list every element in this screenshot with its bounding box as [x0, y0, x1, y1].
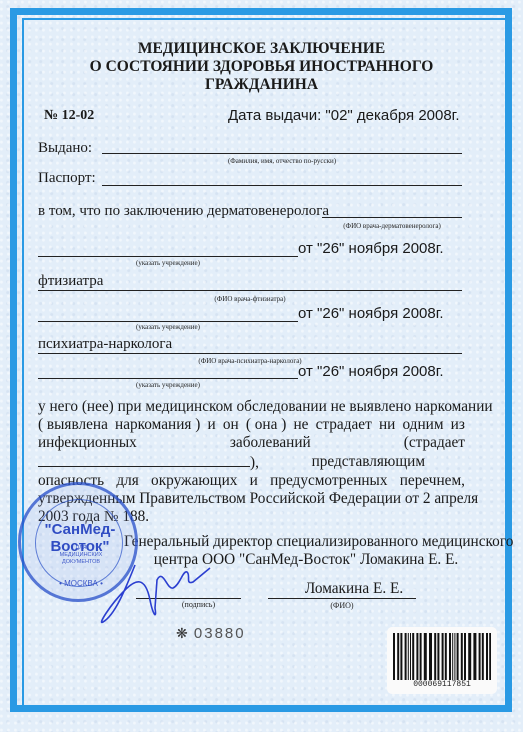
psychiatry-text: психиатра-нарколога	[38, 336, 172, 353]
disease-field[interactable]	[38, 453, 250, 467]
psychiatry-doctor-field[interactable]	[38, 353, 462, 354]
issue-date: Дата выдачи: "02" декабря 2008г.	[228, 107, 460, 124]
signer-name-field[interactable]	[268, 598, 416, 599]
serial-number: ❋ 03880	[176, 625, 246, 642]
document-number: № 12-02	[44, 108, 94, 124]
dermatology-date: от "26" ноября 2008г.	[298, 240, 444, 257]
psychiatry-institution-field[interactable]	[38, 378, 298, 379]
issued-to-field[interactable]	[102, 153, 462, 154]
phthisiology-institution-field[interactable]	[38, 321, 298, 322]
psychiatry-institution-caption: (указать учреждение)	[38, 381, 298, 389]
document-title-line-2: О СОСТОЯНИИ ЗДОРОВЬЯ ИНОСТРАННОГО	[0, 58, 523, 76]
phthisiology-institution-caption: (указать учреждение)	[38, 323, 298, 331]
issued-to-caption: (Фамилия, имя, отчество по-русски)	[102, 157, 462, 165]
conclusion-line-3: инфекционных заболеваний (страдает	[38, 434, 465, 452]
passport-field[interactable]	[102, 185, 462, 186]
phthisiology-doctor-field[interactable]	[38, 290, 462, 291]
phthisiology-date: от "26" ноября 2008г.	[298, 305, 444, 322]
dermatology-institution-field[interactable]	[38, 256, 298, 257]
document-title-line-3: ГРАЖДАНИНА	[0, 76, 523, 94]
conclusion-line-4: ), представляющим	[38, 453, 465, 472]
barcode-icon	[393, 633, 491, 680]
dermatology-doctor-caption: (ФИО врача-дерматовенеролога)	[322, 222, 462, 230]
asterisk-flower-icon: ❋	[176, 625, 188, 641]
signer-name-caption: (ФИО)	[268, 601, 416, 610]
conclusion-line-2: ( выявлена наркомания ) и он ( она ) не …	[38, 416, 465, 434]
conclusion-line-1: у него (нее) при медицинском обследовани…	[38, 398, 465, 416]
handwritten-signature	[95, 560, 215, 630]
phthisiology-doctor-caption: (ФИО врача-фтизиатра)	[38, 295, 462, 303]
barcode-number: 000069117851	[387, 680, 497, 689]
issued-to-label: Выдано:	[38, 140, 92, 157]
dermatology-text: в том, что по заключению дерматовенероло…	[38, 203, 329, 220]
barcode-label: 000069117851	[387, 627, 497, 694]
document-title-line-1: МЕДИЦИНСКОЕ ЗАКЛЮЧЕНИЕ	[0, 40, 523, 58]
psychiatry-date: от "26" ноября 2008г.	[298, 363, 444, 380]
phthisiology-text: фтизиатра	[38, 273, 103, 290]
dermatology-institution-caption: (указать учреждение)	[38, 259, 298, 267]
signer-name: Ломакина Е. Е.	[290, 580, 418, 598]
dermatology-doctor-field[interactable]	[322, 217, 462, 218]
director-line-1: Генеральный директор специализированного…	[124, 533, 513, 551]
passport-label: Паспорт:	[38, 170, 96, 187]
